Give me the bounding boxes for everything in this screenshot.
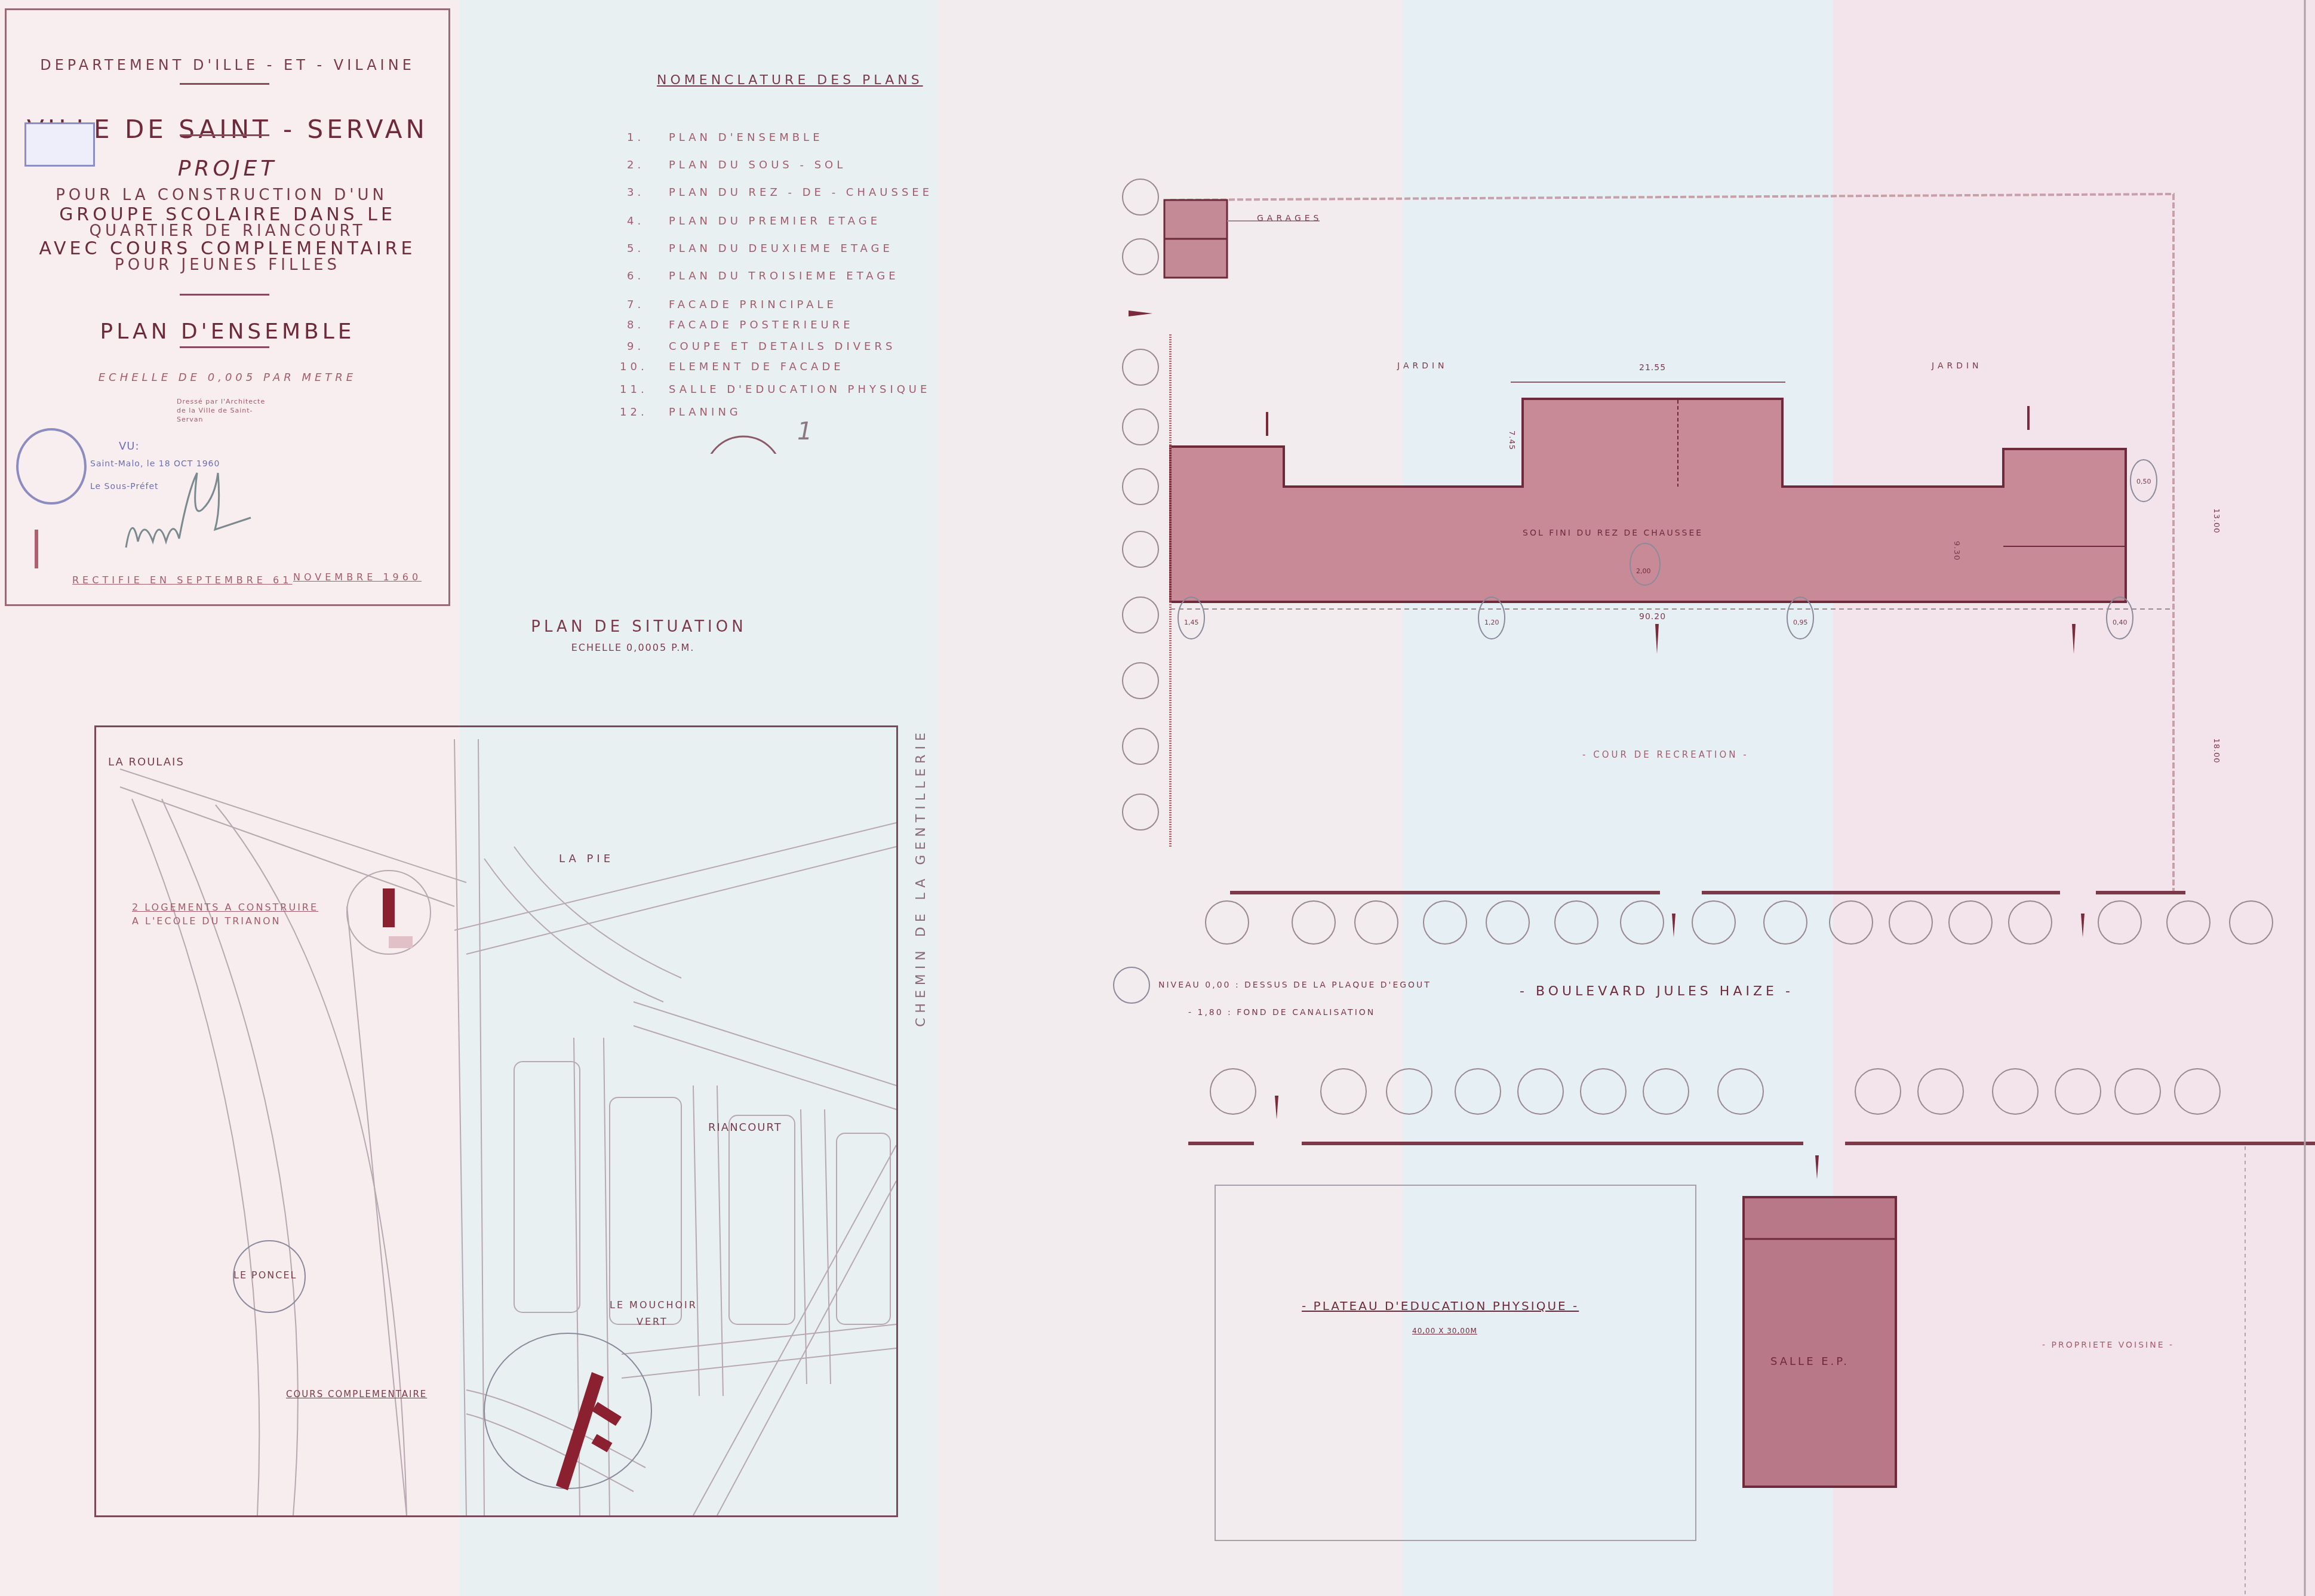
dim-right-top: 13.00 (2212, 508, 2221, 533)
dim-length: 90.20 (1639, 612, 1666, 622)
legend-level-180: - 1,80 : FOND DE CANALISATION (1188, 1008, 1375, 1017)
legend-level-0: NIVEAU 0,00 : DESSUS DE LA PLAQUE D'EGOU… (1158, 980, 1431, 990)
label-salle: SALLE E.P. (1770, 1355, 1849, 1368)
label-jardin-right: JARDIN (1932, 361, 1982, 371)
floor-level-value: 2,00 (1636, 567, 1651, 575)
label-plateau: - PLATEAU D'EDUCATION PHYSIQUE - (1302, 1299, 1579, 1313)
level-marker: 1,20 (1484, 619, 1499, 626)
label-plateau-size: 40,00 x 30,00m (1412, 1327, 1477, 1335)
label-jardin-left: JARDIN (1397, 361, 1448, 371)
level-marker: 0,40 (2113, 619, 2128, 626)
label-road-side: CHEMIN DE LA GENTILLERIE (914, 728, 929, 1027)
site-plan (0, 0, 2315, 1596)
floor-level-label: SOL FINI DU REZ DE CHAUSSEE (1523, 528, 1703, 538)
dim-depth: 9.30 (1952, 541, 1961, 561)
label-boulevard: - BOULEVARD JULES HAIZE - (1520, 984, 1794, 999)
label-courtyard: - COUR DE RECREATION - (1582, 749, 1749, 760)
level-marker: 0,95 (1793, 619, 1808, 626)
dim-wing: 7.45 (1507, 430, 1516, 450)
level-marker: 0,50 (2136, 478, 2151, 485)
level-marker: 1,45 (1184, 619, 1199, 626)
label-propriete-voisine: - PROPRIETE VOISINE - (2042, 1340, 2174, 1350)
label-garages: GARAGES (1257, 214, 1323, 223)
dim-top: 21.55 (1639, 363, 1666, 373)
dim-right-bottom: 18.00 (2212, 738, 2221, 763)
